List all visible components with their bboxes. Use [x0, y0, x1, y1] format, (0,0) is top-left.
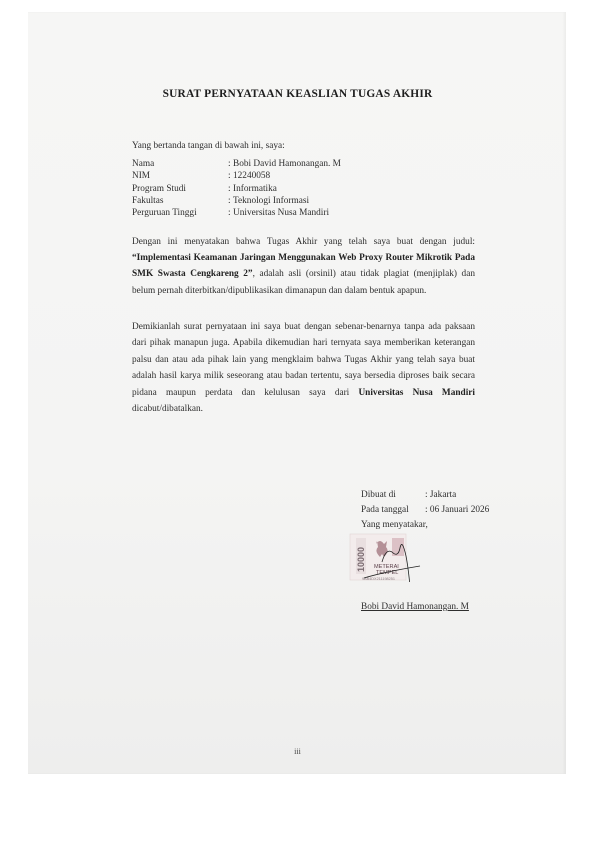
field-value: Teknologi Informasi — [233, 195, 309, 207]
place-row: Dibuat di : Jakarta — [361, 488, 489, 503]
field-row-fakultas: Fakultas : Teknologi Informasi — [132, 195, 341, 207]
field-row-nim: NIM : 12240058 — [132, 170, 341, 182]
place-value: Jakarta — [430, 488, 456, 503]
field-label: NIM — [132, 170, 228, 182]
date-value: 06 Januari 2026 — [430, 503, 489, 518]
closing-tail: dicabut/dibatalkan. — [132, 404, 203, 414]
stamp-serial: 9AB4DX211198251 — [362, 577, 395, 581]
field-value: Universitas Nusa Mandiri — [233, 207, 329, 219]
place-colon: : — [425, 488, 428, 503]
page-number: iii — [0, 747, 595, 756]
declaration-paragraph: Dengan ini menyatakan bahwa Tugas Akhir … — [132, 234, 475, 299]
stamp-value: 10000 — [356, 547, 366, 572]
field-value: Bobi David Hamonangan. M — [233, 158, 341, 170]
field-label: Program Studi — [132, 183, 228, 195]
field-label: Nama — [132, 158, 228, 170]
field-value: 12240058 — [233, 170, 270, 182]
field-label: Perguruan Tinggi — [132, 207, 228, 219]
intro-text: Yang bertanda tangan di bawah ini, saya: — [132, 141, 285, 151]
field-row-nama: Nama : Bobi David Hamonangan. M — [132, 158, 341, 170]
date-colon: : — [425, 503, 428, 518]
signer-name: Bobi David Hamonangan. M — [361, 602, 469, 612]
date-row: Pada tanggal : 06 Januari 2026 — [361, 503, 489, 518]
place-label: Dibuat di — [361, 488, 425, 503]
field-label: Fakultas — [132, 195, 228, 207]
closing-text: Demikianlah surat pernyataan ini saya bu… — [132, 322, 475, 398]
signature-block: Dibuat di : Jakarta Pada tanggal : 06 Ja… — [361, 488, 489, 533]
meterai-stamp-icon: 10000 METERAI TEMPEL 9AB4DX211198251 — [344, 532, 444, 582]
declaration-lead: Dengan ini menyatakan bahwa Tugas Akhir … — [132, 237, 475, 247]
date-label: Pada tanggal — [361, 503, 425, 518]
field-row-program-studi: Program Studi : Informatika — [132, 183, 341, 195]
closing-salutation: Yang menyatakar, — [361, 518, 489, 533]
university-name: Universitas Nusa Mandiri — [358, 388, 475, 398]
identity-fields: Nama : Bobi David Hamonangan. M NIM : 12… — [132, 158, 341, 219]
field-row-perguruan-tinggi: Perguruan Tinggi : Universitas Nusa Mand… — [132, 207, 341, 219]
closing-paragraph: Demikianlah surat pernyataan ini saya bu… — [132, 319, 475, 417]
document-title: SURAT PERNYATAAN KEASLIAN TUGAS AKHIR — [0, 88, 595, 100]
field-value: Informatika — [233, 183, 277, 195]
